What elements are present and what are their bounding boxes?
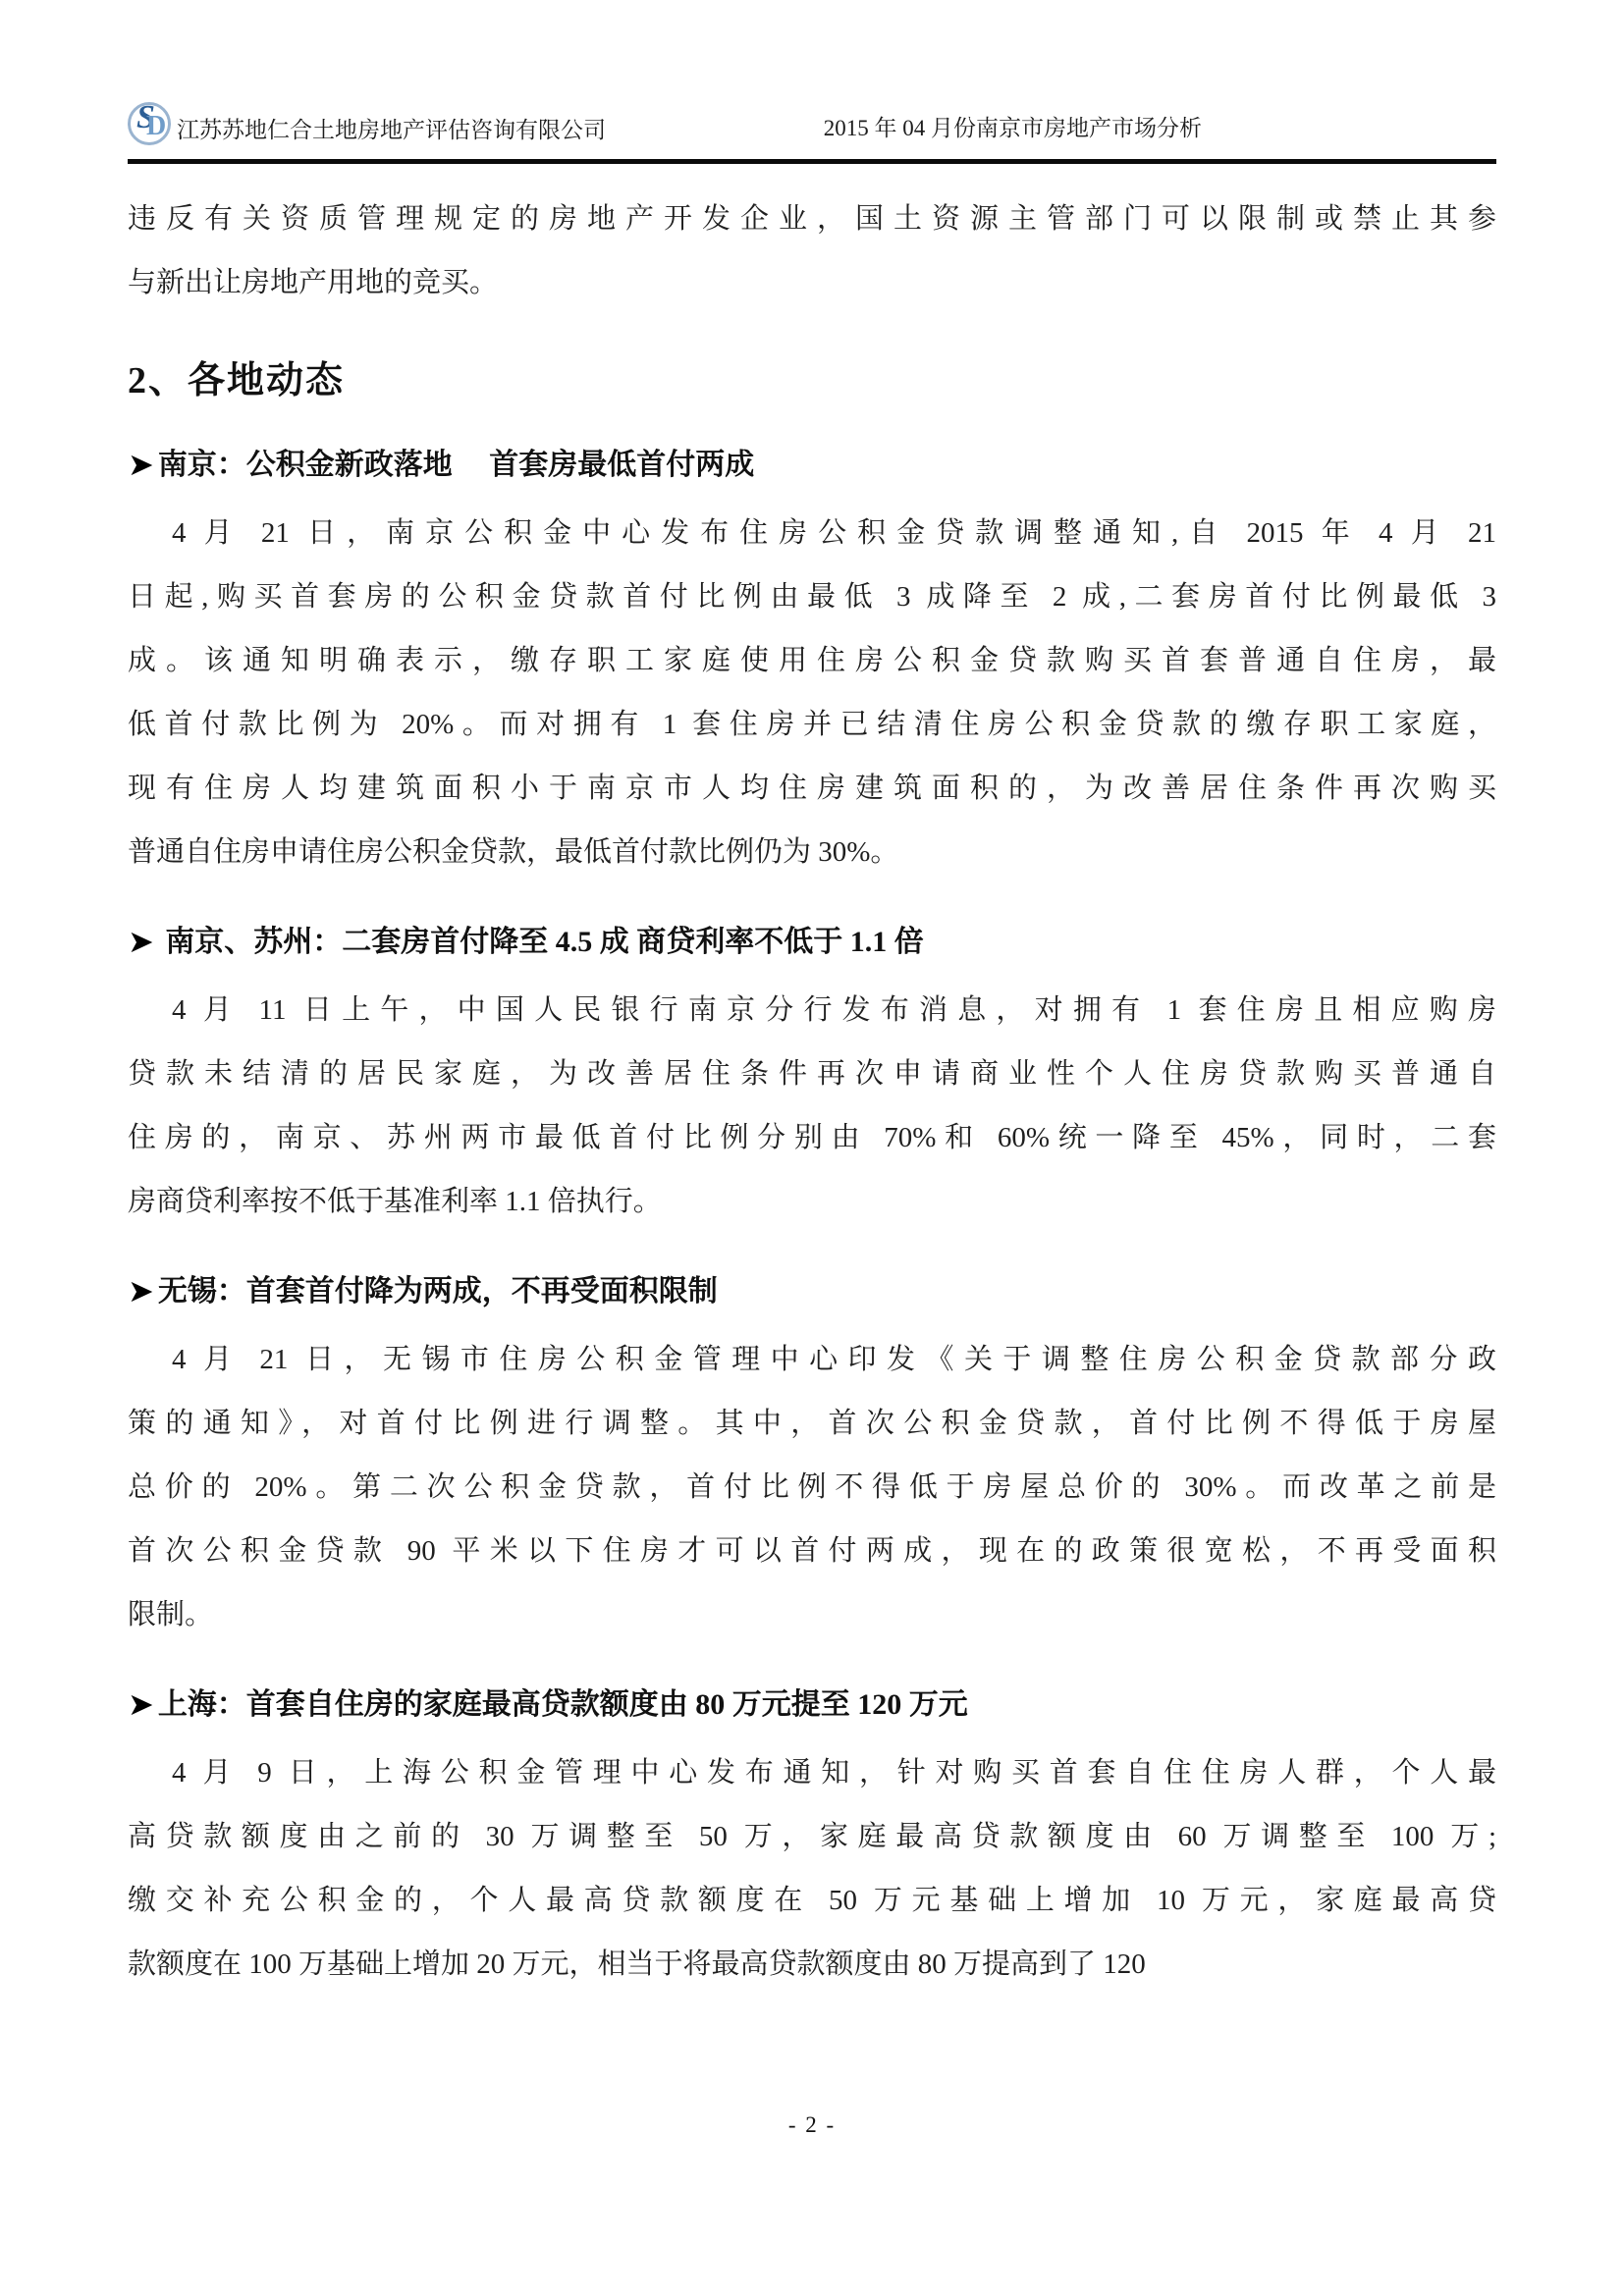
company-logo-icon: S D xyxy=(128,102,171,145)
header-left: S D 江苏苏地仁合土地房地产评估咨询有限公司 xyxy=(128,102,606,145)
paragraph-line: 成。该通知明确表示，缴存职工家庭使用住房公积金贷款购买首套普通自住房，最 xyxy=(128,629,1496,693)
bullet-paragraph: 4 月 11 日上午，中国人民银行南京分行发布消息，对拥有 1 套住房且相应购房… xyxy=(128,979,1496,1234)
section-heading: 2、各地动态 xyxy=(128,354,1496,407)
bullet-item-wuxi: ➤ 无锡：首套首付降为两成，不再受面积限制 xyxy=(128,1269,1496,1314)
arrow-bullet-icon: ➤ xyxy=(128,919,154,964)
bullet-heading: 南京、苏州：二套房首付降至 4.5 成 商贷利率不低于 1.1 倍 xyxy=(158,920,924,965)
intro-paragraph: 违反有关资质管理规定的房地产开发企业，国土资源主管部门可以限制或禁止其参与新出让… xyxy=(128,187,1496,315)
bullet-heading: 南京：公积金新政落地 首套房最低首付两成 xyxy=(158,443,755,488)
page-header: S D 江苏苏地仁合土地房地产评估咨询有限公司 2015 年 04 月份南京市房… xyxy=(128,0,1496,164)
paragraph-line: 缴交补充公积金的，个人最高贷款额度在 50 万元基础上增加 10 万元，家庭最高… xyxy=(128,1869,1496,1933)
bullet-paragraph: 4 月 9 日，上海公积金管理中心发布通知，针对购买首套自住住房人群，个人最高贷… xyxy=(128,1741,1496,1997)
paragraph-line: 首次公积金贷款 90 平米以下住房才可以首付两成，现在的政策很宽松，不再受面积 xyxy=(128,1520,1496,1583)
bullet-paragraph: 4 月 21 日，无锡市住房公积金管理中心印发《关于调整住房公积金贷款部分政策的… xyxy=(128,1328,1496,1647)
bullet-item-shanghai: ➤ 上海：首套自住房的家庭最高贷款额度由 80 万元提至 120 万元 xyxy=(128,1682,1496,1728)
bullet-item-nanjing-suzhou: ➤ 南京、苏州：二套房首付降至 4.5 成 商贷利率不低于 1.1 倍 xyxy=(128,920,1496,965)
arrow-bullet-icon: ➤ xyxy=(128,442,154,487)
bullet-paragraph: 4 月 21 日，南京公积金中心发布住房公积金贷款调整通知,自 2015 年 4… xyxy=(128,502,1496,884)
paragraph-line: 普通自住房申请住房公积金贷款，最低首付款比例仍为 30%。 xyxy=(128,821,1496,884)
paragraph-line: 违反有关资质管理规定的房地产开发企业，国土资源主管部门可以限制或禁止其参 xyxy=(128,187,1496,251)
arrow-bullet-icon: ➤ xyxy=(128,1268,154,1313)
paragraph-line: 与新出让房地产用地的竞买。 xyxy=(128,251,1496,315)
logo-letter-d: D xyxy=(146,111,166,142)
paragraph-line: 现有住房人均建筑面积小于南京市人均住房建筑面积的，为改善居住条件再次购买 xyxy=(128,757,1496,821)
arrow-bullet-icon: ➤ xyxy=(128,1682,154,1727)
paragraph-line: 住房的，南京、苏州两市最低首付比例分别由 70%和 60%统一降至 45%，同时… xyxy=(128,1106,1496,1170)
document-page: S D 江苏苏地仁合土地房地产评估咨询有限公司 2015 年 04 月份南京市房… xyxy=(0,0,1624,2296)
page-number: - 2 - xyxy=(0,2112,1624,2138)
paragraph-line: 4 月 9 日，上海公积金管理中心发布通知，针对购买首套自住住房人群，个人最 xyxy=(128,1741,1496,1805)
paragraph-line: 4 月 21 日，南京公积金中心发布住房公积金贷款调整通知,自 2015 年 4… xyxy=(128,502,1496,565)
company-name: 江苏苏地仁合土地房地产评估咨询有限公司 xyxy=(177,104,606,144)
bullet-heading: 上海：首套自住房的家庭最高贷款额度由 80 万元提至 120 万元 xyxy=(158,1682,968,1728)
paragraph-line: 限制。 xyxy=(128,1583,1496,1647)
paragraph-line: 日起,购买首套房的公积金贷款首付比例由最低 3 成降至 2 成,二套房首付比例最… xyxy=(128,565,1496,629)
paragraph-line: 房商贷利率按不低于基准利率 1.1 倍执行。 xyxy=(128,1170,1496,1234)
bullet-heading: 无锡：首套首付降为两成，不再受面积限制 xyxy=(158,1269,718,1314)
paragraph-line: 策的通知》，对首付比例进行调整。其中，首次公积金贷款，首付比例不得低于房屋 xyxy=(128,1392,1496,1456)
paragraph-line: 款额度在 100 万基础上增加 20 万元，相当于将最高贷款额度由 80 万提高… xyxy=(128,1933,1496,1997)
paragraph-line: 4 月 11 日上午，中国人民银行南京分行发布消息，对拥有 1 套住房且相应购房 xyxy=(128,979,1496,1042)
paragraph-line: 低首付款比例为 20%。而对拥有 1 套住房并已结清住房公积金贷款的缴存职工家庭… xyxy=(128,693,1496,757)
paragraph-line: 总价的 20%。第二次公积金贷款，首付比例不得低于房屋总价的 30%。而改革之前… xyxy=(128,1456,1496,1520)
paragraph-line: 贷款未结清的居民家庭，为改善居住条件再次申请商业性个人住房贷款购买普通自 xyxy=(128,1042,1496,1106)
paragraph-line: 高贷款额度由之前的 30 万调整至 50 万，家庭最高贷款额度由 60 万调整至… xyxy=(128,1805,1496,1869)
paragraph-line: 4 月 21 日，无锡市住房公积金管理中心印发《关于调整住房公积金贷款部分政 xyxy=(128,1328,1496,1392)
report-title: 2015 年 04 月份南京市房地产市场分析 xyxy=(824,102,1202,142)
bullet-item-nanjing: ➤ 南京：公积金新政落地 首套房最低首付两成 xyxy=(128,443,1496,488)
